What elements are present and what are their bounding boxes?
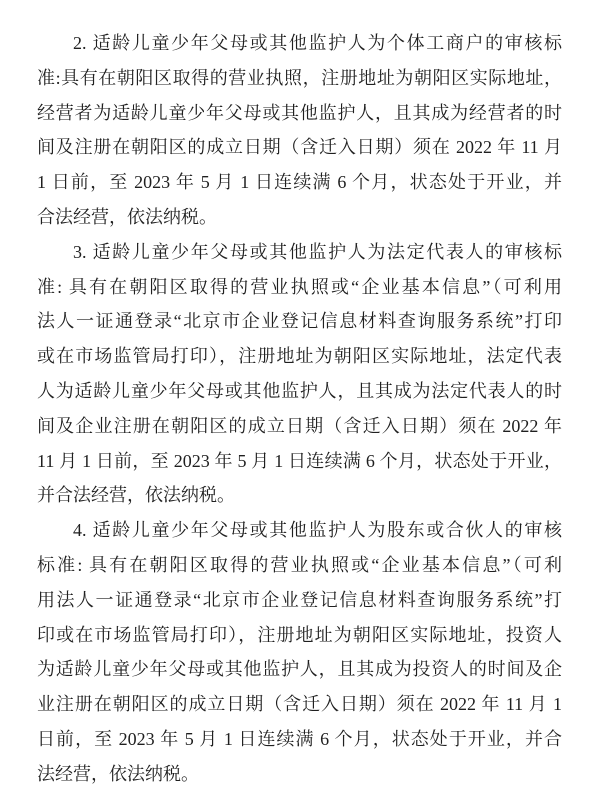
- text-line: 1 日前，至 2023 年 5 月 1 日连续满 6 个月，状态处于开业，并: [37, 165, 562, 200]
- text-line: 3. 适龄儿童少年父母或其他监护人为法定代表人的审核标: [37, 235, 562, 270]
- text-line: 日前，至 2023 年 5 月 1 日连续满 6 个月，状态处于开业，并合: [37, 722, 562, 757]
- text-line: 准: 具有在朝阳区取得的营业执照或“企业基本信息”（可利用: [37, 270, 562, 305]
- paragraph-item-2: 2. 适龄儿童少年父母或其他监护人为个体工商户的审核标 准:具有在朝阳区取得的营…: [37, 26, 562, 235]
- text-line: 11 月 1 日前，至 2023 年 5 月 1 日连续满 6 个月，状态处于开…: [37, 444, 562, 479]
- text-line: 准:具有在朝阳区取得的营业执照，注册地址为朝阳区实际地址，: [37, 61, 562, 96]
- text-line: 法人一证通登录“北京市企业登记信息材料查询服务系统”打印: [37, 304, 562, 339]
- text-line: 并合法经营，依法纳税。: [37, 478, 562, 513]
- text-line: 业注册在朝阳区的成立日期（含迁入日期）须在 2022 年 11 月 1: [37, 687, 562, 722]
- text-line: 人为适龄儿童少年父母或其他监护人，且其成为法定代表人的时: [37, 374, 562, 409]
- text-line: 或在市场监管局打印），注册地址为朝阳区实际地址，法定代表: [37, 339, 562, 374]
- text-line: 为适龄儿童少年父母或其他监护人，且其成为投资人的时间及企: [37, 652, 562, 687]
- paragraph-item-3: 3. 适龄儿童少年父母或其他监护人为法定代表人的审核标 准: 具有在朝阳区取得的…: [37, 235, 562, 513]
- text-line: 标准: 具有在朝阳区取得的营业执照或“企业基本信息”（可利: [37, 548, 562, 583]
- text-line: 间及注册在朝阳区的成立日期（含迁入日期）须在 2022 年 11 月: [37, 130, 562, 165]
- text-line: 印或在市场监管局打印），注册地址为朝阳区实际地址，投资人: [37, 618, 562, 653]
- text-line: 用法人一证通登录“北京市企业登记信息材料查询服务系统”打: [37, 583, 562, 618]
- document-page: 2. 适龄儿童少年父母或其他监护人为个体工商户的审核标 准:具有在朝阳区取得的营…: [0, 0, 597, 797]
- text-line: 2. 适龄儿童少年父母或其他监护人为个体工商户的审核标: [37, 26, 562, 61]
- text-line: 经营者为适龄儿童少年父母或其他监护人，且其成为经营者的时: [37, 96, 562, 131]
- text-line: 法经营，依法纳税。: [37, 757, 562, 792]
- text-line: 4. 适龄儿童少年父母或其他监护人为股东或合伙人的审核: [37, 513, 562, 548]
- text-line: 合法经营，依法纳税。: [37, 200, 562, 235]
- text-line: 间及企业注册在朝阳区的成立日期（含迁入日期）须在 2022 年: [37, 409, 562, 444]
- paragraph-item-4: 4. 适龄儿童少年父母或其他监护人为股东或合伙人的审核 标准: 具有在朝阳区取得…: [37, 513, 562, 791]
